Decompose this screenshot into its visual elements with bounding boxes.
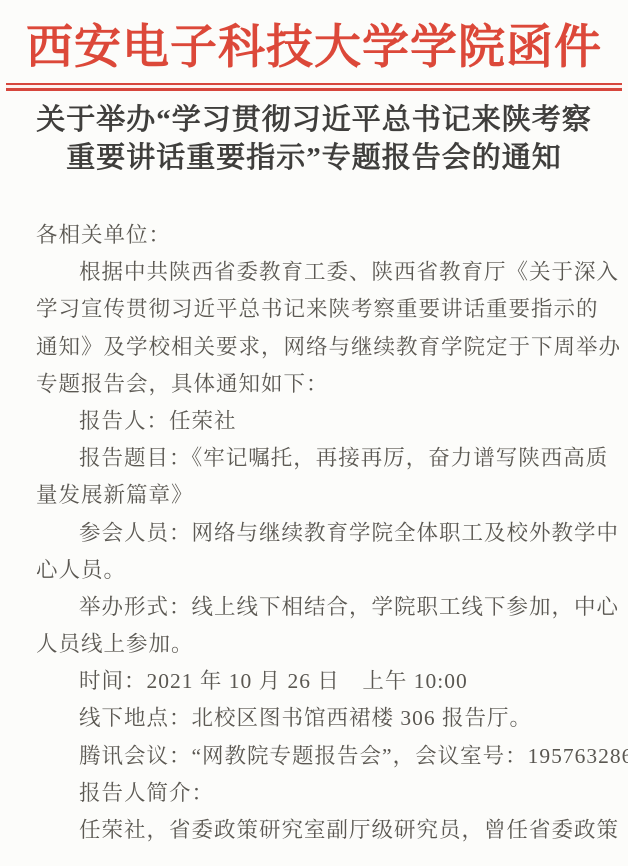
document-page: 西安电子科技大学学院函件 关于举办“学习贯彻习近平总书记来陕考察 重要讲话重要指…: [0, 0, 628, 866]
notice-title-line1: 关于举办“学习贯彻习近平总书记来陕考察: [0, 101, 628, 139]
red-divider-rule: [6, 83, 622, 91]
body-line-location: 线下地点：北校区图书馆西裙楼 306 报告厅。: [36, 700, 604, 737]
body-line-meeting: 腾讯会议：“网教院专题报告会”，会议室号：195763286: [36, 738, 604, 775]
body-line-speaker: 报告人：任荣社: [36, 403, 604, 440]
body-line: 通知》及学校相关要求，网络与继续教育学院定于下周举办: [36, 329, 604, 366]
body-line-format: 举办形式：线上线下相结合，学院职工线下参加，中心: [36, 589, 604, 626]
letterhead-title: 西安电子科技大学学院函件: [0, 10, 628, 77]
body-line-report-title: 报告题目：《牢记嘱托，再接再厉，奋力谱写陕西高质: [36, 440, 604, 477]
body-line: 学习宣传贯彻习近平总书记来陕考察重要讲话重要指示的: [36, 291, 604, 328]
body-line: 心人员。: [36, 552, 604, 589]
body-line: 根据中共陕西省委教育工委、陕西省教育厅《关于深入: [36, 254, 604, 291]
body-line-attendees: 参会人员：网络与继续教育学院全体职工及校外教学中: [36, 515, 604, 552]
body-line-salutation: 各相关单位：: [36, 217, 604, 254]
body-line: 专题报告会，具体通知如下：: [36, 366, 604, 403]
body-line: 人员线上参加。: [36, 626, 604, 663]
notice-body: 各相关单位： 根据中共陕西省委教育工委、陕西省教育厅《关于深入 学习宣传贯彻习近…: [36, 217, 604, 849]
notice-title: 关于举办“学习贯彻习近平总书记来陕考察 重要讲话重要指示”专题报告会的通知: [0, 101, 628, 177]
notice-title-line2: 重要讲话重要指示”专题报告会的通知: [0, 139, 628, 177]
body-line-bio: 任荣社，省委政策研究室副厅级研究员，曾任省委政策: [36, 812, 604, 849]
body-line-bio-label: 报告人简介：: [36, 775, 604, 812]
body-line-datetime: 时间：2021 年 10 月 26 日 上午 10:00: [36, 663, 604, 700]
body-line: 量发展新篇章》: [36, 477, 604, 514]
